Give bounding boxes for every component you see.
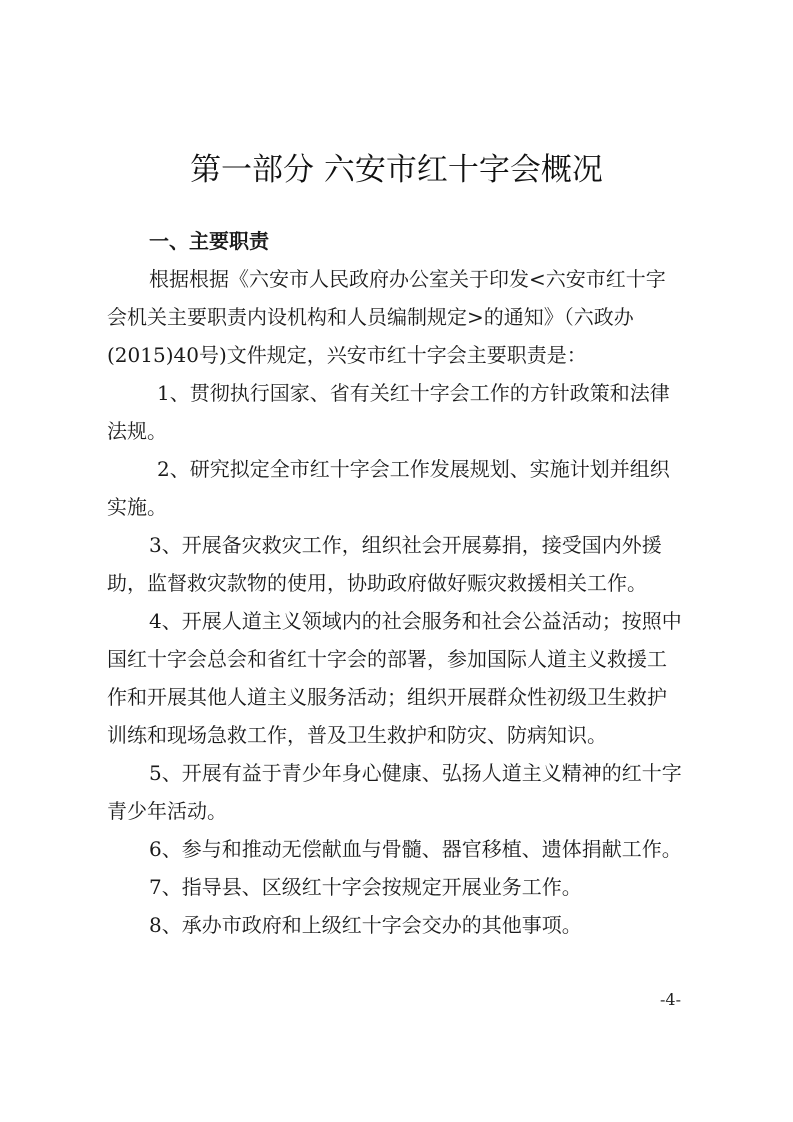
document-page: 第一部分 六安市红十字会概况 一、主要职责 根据根据《六安市人民政府办公室关于印…	[0, 0, 793, 1122]
duty-line: 5、开展有益于青少年身心健康、弘扬人道主义精神的红十字	[107, 754, 695, 792]
intro-line: (2015)40号)文件规定，兴安市红十字会主要职责是：	[107, 336, 695, 374]
duty-line: 法规。	[107, 412, 695, 450]
duty-line: 6、参与和推动无偿献血与骨髓、器官移植、遗体捐献工作。	[107, 830, 695, 868]
intro-paragraph: 根据根据《六安市人民政府办公室关于印发<六安市红十字 会机关主要职责内设机构和人…	[107, 260, 695, 374]
duty-line: 训练和现场急救工作，普及卫生救护和防灾、防病知识。	[107, 716, 695, 754]
duty-line: 实施。	[107, 488, 695, 526]
duty-line: 国红十字会总会和省红十字会的部署，参加国际人道主义救援工	[107, 640, 695, 678]
duty-item-2: 2、研究拟定全市红十字会工作发展规划、实施计划并组织 实施。	[107, 450, 695, 526]
duty-line: 7、指导县、区级红十字会按规定开展业务工作。	[107, 868, 695, 906]
duty-line: 3、开展备灾救灾工作，组织社会开展募捐，接受国内外援	[107, 526, 695, 564]
intro-line: 会机关主要职责内设机构和人员编制规定>的通知》（六政办	[107, 298, 695, 336]
duty-item-4: 4、开展人道主义领域内的社会服务和社会公益活动；按照中 国红十字会总会和省红十字…	[107, 602, 695, 754]
duty-line: 8、承办市政府和上级红十字会交办的其他事项。	[107, 906, 695, 944]
duty-line: 2、研究拟定全市红十字会工作发展规划、实施计划并组织	[107, 450, 695, 488]
duty-item-3: 3、开展备灾救灾工作，组织社会开展募捐，接受国内外援 助，监督救灾款物的使用，协…	[107, 526, 695, 602]
duty-item-5: 5、开展有益于青少年身心健康、弘扬人道主义精神的红十字 青少年活动。	[107, 754, 695, 830]
page-title: 第一部分 六安市红十字会概况	[0, 148, 793, 192]
duty-line: 作和开展其他人道主义服务活动；组织开展群众性初级卫生救护	[107, 678, 695, 716]
duty-item-7: 7、指导县、区级红十字会按规定开展业务工作。	[107, 868, 695, 906]
section-heading: 一、主要职责	[149, 222, 695, 260]
duty-line: 青少年活动。	[107, 792, 695, 830]
duty-line: 1、贯彻执行国家、省有关红十字会工作的方针政策和法律	[107, 374, 695, 412]
duty-line: 助，监督救灾款物的使用，协助政府做好赈灾救援相关工作。	[107, 564, 695, 602]
duty-item-1: 1、贯彻执行国家、省有关红十字会工作的方针政策和法律 法规。	[107, 374, 695, 450]
duty-item-8: 8、承办市政府和上级红十字会交办的其他事项。	[107, 906, 695, 944]
document-body: 一、主要职责 根据根据《六安市人民政府办公室关于印发<六安市红十字 会机关主要职…	[107, 222, 695, 944]
duty-item-6: 6、参与和推动无偿献血与骨髓、器官移植、遗体捐献工作。	[107, 830, 695, 868]
page-number: -4-	[660, 990, 681, 1009]
intro-line: 根据根据《六安市人民政府办公室关于印发<六安市红十字	[107, 260, 695, 298]
duty-line: 4、开展人道主义领域内的社会服务和社会公益活动；按照中	[107, 602, 695, 640]
